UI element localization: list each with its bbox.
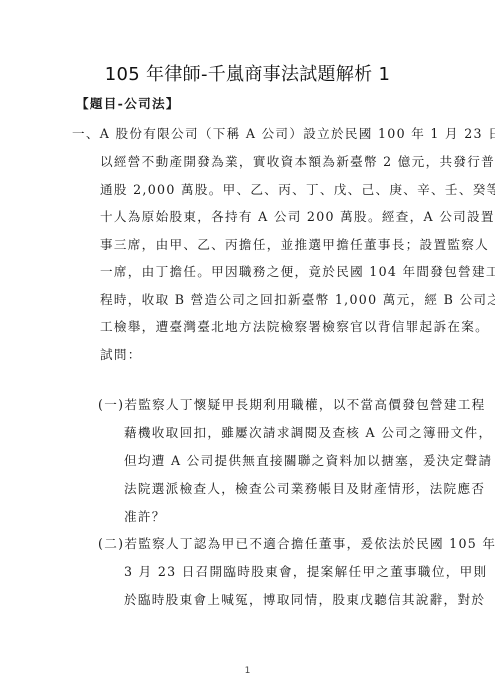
paragraph-line: 一席，由丁擔任。甲因職務之便，竟於民國 104 年間發包營建工 xyxy=(100,264,495,280)
sub-question-line: 於臨時股東會上喊冤，博取同情，股東戊聽信其說辭，對於 xyxy=(124,592,485,608)
sub-question-line: (二)若監察人丁認為甲已不適合擔任董事，爰依法於民國 105 年 xyxy=(98,536,495,552)
paragraph-line: 一、A 股份有限公司（下稱 A 公司）設立於民國 100 年 1 月 23 日， xyxy=(72,126,495,142)
paragraph-line: 程時，收取 B 營造公司之回扣新臺幣 1,000 萬元，經 B 公司之員 xyxy=(100,292,495,308)
sub-question-line: 准許？ xyxy=(124,509,166,525)
paragraph-line: 十人為原始股東，各持有 A 公司 200 萬股。經查，A 公司設置董 xyxy=(100,209,495,225)
question-prompt: 試問： xyxy=(100,347,142,363)
sub-question-line: 法院選派檢查人，檢查公司業務帳目及財產情形，法院應否 xyxy=(124,481,485,497)
paragraph-line: 事三席，由甲、乙、丙擔任，並推選甲擔任董事長；設置監察人 xyxy=(100,237,489,253)
document-page: 105 年律師-千嵐商事法試題解析 1 【題目-公司法】 一、A 股份有限公司（… xyxy=(0,0,495,700)
sub-question-line: 3 月 23 日召開臨時股東會，提案解任甲之董事職位，甲則 xyxy=(124,564,487,580)
document-title: 105 年律師-千嵐商事法試題解析 1 xyxy=(0,60,495,86)
sub-question-line: (一)若監察人丁懷疑甲長期利用職權，以不當高價發包營建工程 xyxy=(98,397,486,413)
paragraph-line: 工檢舉，遭臺灣臺北地方法院檢察署檢察官以背信罪起訴在案。 xyxy=(100,319,489,335)
sub-question-line: 藉機收取回扣，雖屢次請求調閱及查核 A 公司之簿冊文件， xyxy=(124,425,492,441)
paragraph-line: 通股 2,000 萬股。甲、乙、丙、丁、戊、己、庚、辛、壬、癸等 xyxy=(100,182,495,198)
page-number: 1 xyxy=(0,666,495,676)
section-tag: 【題目-公司法】 xyxy=(76,96,180,112)
sub-question-line: 但均遭 A 公司提供無直接關聯之資料加以搪塞，爰決定聲請 xyxy=(124,453,492,469)
paragraph-line: 以經營不動產開發為業，實收資本額為新臺幣 2 億元，共發行普 xyxy=(100,154,495,170)
